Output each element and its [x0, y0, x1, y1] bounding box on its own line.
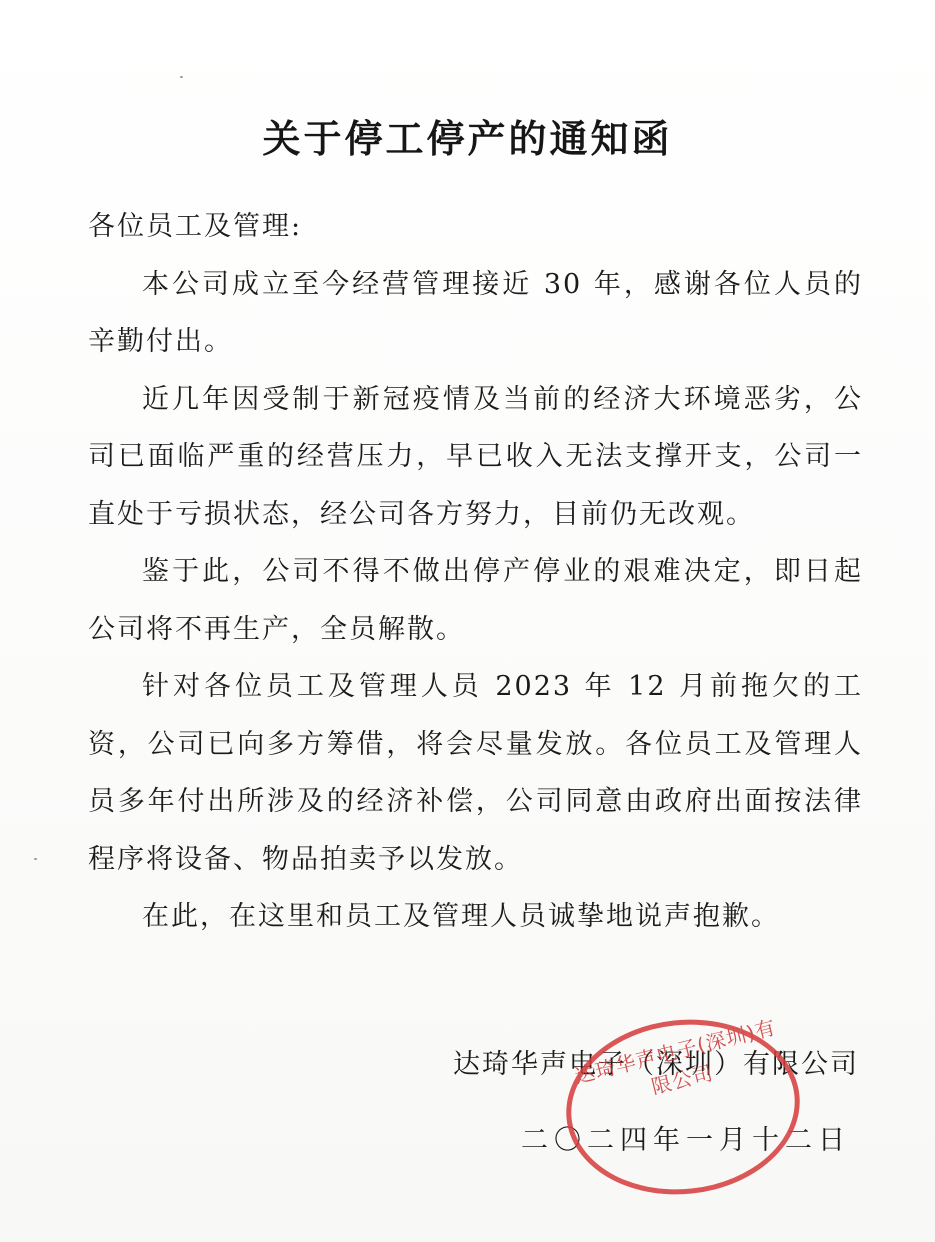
- paper-speck: [34, 858, 37, 860]
- paragraph-decision: 鉴于此，公司不得不做出停产停业的艰难决定，即日起公司将不再生产，全员解散。: [88, 543, 863, 658]
- paragraph-apology: 在此，在这里和员工及管理人员诚挚地说声抱歉。: [88, 888, 863, 946]
- paragraph-wages-compensation: 针对各位员工及管理人员 2023 年 12 月前拖欠的工资，公司已向多方筹借，将…: [88, 658, 863, 888]
- salutation: 各位员工及管理:: [88, 198, 863, 256]
- paragraph-gratitude: 本公司成立至今经营管理接近 30 年，感谢各位人员的辛勤付出。: [88, 256, 863, 371]
- paper-speck: [180, 76, 183, 78]
- document-body: 各位员工及管理: 本公司成立至今经营管理接近 30 年，感谢各位人员的辛勤付出。…: [88, 198, 863, 946]
- company-seal-stamp: 达琦华声电子(深圳)有限公司: [558, 1008, 809, 1206]
- document-title: 关于停工停产的通知函: [0, 108, 935, 163]
- document-date: 二〇二四年一月十二日: [521, 1118, 851, 1157]
- document-page: 关于停工停产的通知函 各位员工及管理: 本公司成立至今经营管理接近 30 年，感…: [0, 0, 935, 1242]
- company-signature: 达琦华声电子（深圳）有限公司: [453, 1042, 859, 1081]
- paragraph-difficulties: 近几年因受制于新冠疫情及当前的经济大环境恶劣，公司已面临严重的经营压力，早已收入…: [88, 371, 863, 544]
